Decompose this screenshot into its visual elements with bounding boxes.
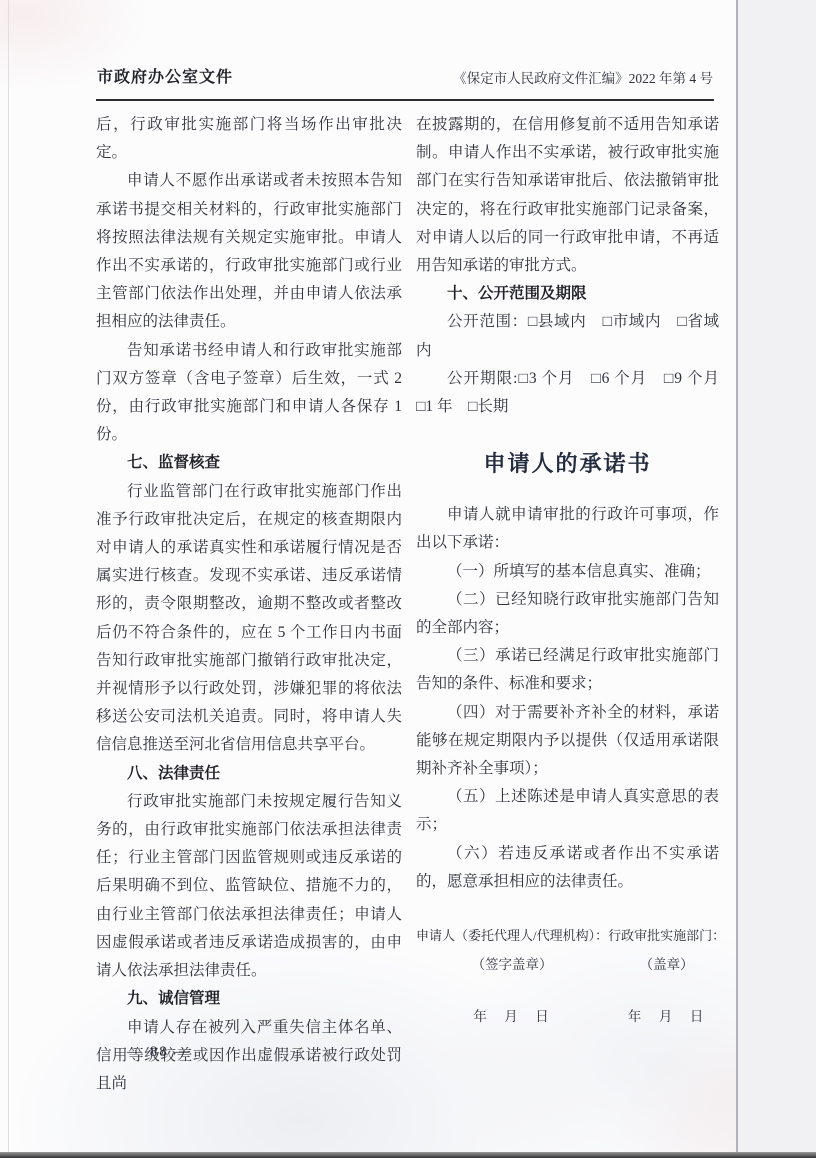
signature-authority-column: 行政审批实施部门：（盖章）年 月 日	[608, 926, 725, 1027]
right-column-block-1-section-heading: 十、公开范围及期限	[416, 280, 719, 308]
left-column-block-3-section-heading: 七、监督核查	[96, 449, 402, 477]
signature-applicant-seal-note: （签字盖章）	[416, 955, 608, 975]
signature-authority-label: 行政审批实施部门：	[608, 926, 725, 946]
right-column-block-6: （一）所填写的基本信息真实、准确；	[416, 558, 719, 586]
signature-applicant-label: 申请人（委托代理人/代理机构）：	[416, 926, 608, 946]
left-column-block-4: 行业监管部门在行政审批实施部门作出准予行政审批决定后，在规定的核查期限内对申请人…	[96, 478, 402, 760]
left-column: 后，行政审批实施部门将当场作出审批决定。申请人不愿作出承诺或者未按照本告知承诺书…	[96, 111, 402, 1098]
page-right-edge	[736, 0, 738, 1158]
right-column-block-5: 申请人就申请审批的行政许可事项，作出以下承诺：	[416, 501, 719, 557]
signature-authority-seal-note: （盖章）	[608, 955, 725, 975]
right-column-block-2: 公开范围：□县域内 □市域内 □省域内	[416, 308, 719, 364]
signature-applicant-column: 申请人（委托代理人/代理机构）：（签字盖章）年 月 日	[416, 926, 608, 1027]
right-column-block-9: （四）对于需要补齐补全的材料，承诺能够在规定期限内予以提供（仅适用承诺限期补齐补…	[416, 699, 719, 784]
left-column-block-2: 告知承诺书经申请人和行政审批实施部门双方签章（含电子签章）后生效，一式 2 份，…	[96, 337, 402, 450]
header-right-title: 《保定市人民政府文件汇编》2022 年第 4 号	[453, 67, 713, 87]
left-column-block-1: 申请人不愿作出承诺或者未按照本告知承诺书提交相关材料的，行政审批实施部门将按照法…	[96, 167, 402, 336]
right-column-block-4-document-title: 申请人的承诺书	[416, 447, 719, 481]
right-column-block-11: （六）若违反承诺或者作出不实承诺的，愿意承担相应的法律责任。	[416, 840, 719, 896]
left-column-block-0: 后，行政审批实施部门将当场作出审批决定。	[96, 111, 402, 167]
header-rule	[96, 99, 714, 101]
left-column-block-6: 行政审批实施部门未按规定履行告知义务的，由行政审批实施部门依法承担法律责任；行业…	[96, 788, 402, 985]
signature-authority-date-line: 年 月 日	[608, 1007, 725, 1027]
scan-bottom-edge	[0, 1152, 816, 1158]
right-column-block-3: 公开期限:□3 个月 □6 个月 □9 个月 □1 年 □长期	[416, 365, 719, 421]
scan-right-margin	[738, 0, 816, 1158]
header-left-title: 市政府办公室文件	[97, 64, 233, 87]
footer-page-number: — 88 —	[127, 1044, 192, 1061]
right-column-block-0: 在披露期的，在信用修复前不适用告知承诺制。申请人作出不实承诺，被行政审批实施部门…	[416, 111, 719, 280]
page-left-edge	[8, 0, 9, 1158]
right-column-block-8: （三）承诺已经满足行政审批实施部门告知的条件、标准和要求；	[416, 642, 719, 698]
right-column: 在披露期的，在信用修复前不适用告知承诺制。申请人作出不实承诺，被行政审批实施部门…	[416, 111, 719, 1027]
left-column-block-5-section-heading: 八、法律责任	[96, 760, 402, 788]
left-column-block-7-section-heading: 九、诚信管理	[96, 985, 402, 1013]
right-column-block-10: （五）上述陈述是申请人真实意思的表示；	[416, 783, 719, 839]
page-header: 市政府办公室文件 《保定市人民政府文件汇编》2022 年第 4 号	[97, 64, 713, 87]
scanned-document-page: 市政府办公室文件 《保定市人民政府文件汇编》2022 年第 4 号 后，行政审批…	[0, 0, 816, 1158]
signature-applicant-date-line: 年 月 日	[416, 1007, 608, 1027]
signature-block: 申请人（委托代理人/代理机构）：（签字盖章）年 月 日行政审批实施部门：（盖章）…	[416, 926, 719, 1027]
right-column-block-7: （二）已经知晓行政审批实施部门告知的全部内容；	[416, 586, 719, 642]
